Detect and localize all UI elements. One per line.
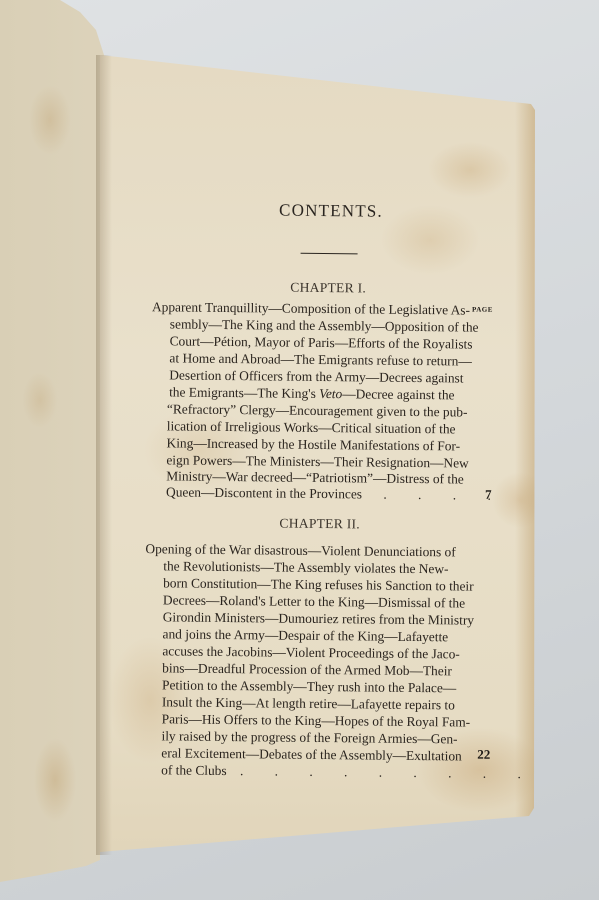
chapter-1-line: Desertion of Officers from the Army—Decr…: [169, 367, 463, 386]
chapter-1-line: at Home and Abroad—The Emigrants refuse …: [169, 350, 471, 369]
chapter-2-line: the Revolutionists—The Assembly violates…: [163, 558, 448, 577]
chapter-1-line: Queen—Discontent in the Provinces . . . …: [166, 484, 505, 504]
chapter-2-line: Insult the King—At length retire—Lafayet…: [162, 694, 455, 713]
chapter-2-line: Opening of the War disastrous—Violent De…: [145, 541, 455, 560]
line-text: the Emigrants—The King's: [169, 384, 316, 401]
contents-text-block: CONTENTS. CHAPTER I. PAGE Apparent Tranq…: [0, 0, 599, 900]
chapter-2-page-number: 22: [477, 747, 490, 763]
line-text: —Decree against the: [342, 386, 454, 402]
chapter-2-line: accuses the Jacobins—Violent Proceedings…: [162, 643, 460, 662]
chapter-2-line: Girondin Ministers—Dumouriez retires fro…: [163, 609, 474, 628]
dot-leader: . . . . . . . . .: [240, 763, 535, 781]
line-text: Queen—Discontent in the Provinces: [166, 484, 362, 501]
chapter-1-line: lication of Irreligious Works—Critical s…: [167, 418, 456, 437]
chapter-1-line: “Refractory” Clergy—Encouragement given …: [167, 401, 468, 420]
chapter-2-line: Petition to the Assembly—They rush into …: [162, 677, 456, 696]
chapter-1-page-number: 7: [485, 487, 492, 503]
chapter-2-line: ily raised by the progress of the Foreig…: [161, 728, 457, 747]
chapter-2-line: Decrees—Roland's Letter to the King—Dism…: [163, 592, 465, 611]
chapter-2-line: of the Clubs . . . . . . . . .: [161, 762, 535, 782]
chapter-2-line: bins—Dreadful Procession of the Armed Mo…: [162, 660, 452, 679]
chapter-1-line: the Emigrants—The King's Veto—Decree aga…: [169, 384, 455, 403]
chapter-1-line: sembly—The King and the Assembly—Opposit…: [170, 316, 479, 335]
chapter-2-heading: CHAPTER II.: [240, 515, 400, 533]
page-column-label: PAGE: [472, 306, 493, 314]
italic-word: Veto: [319, 386, 342, 401]
chapter-2-line: Paris—His Offers to the King—Hopes of th…: [162, 711, 471, 730]
title-rule: [301, 253, 358, 255]
chapter-1-line: Apparent Tranquillity—Composition of the…: [152, 299, 470, 318]
chapter-1-heading: CHAPTER I.: [248, 279, 408, 297]
chapter-2-line: and joins the Army—Despair of the King—L…: [163, 626, 449, 645]
line-text: of the Clubs: [161, 762, 227, 778]
chapter-1-line: King—Increased by the Hostile Manifestat…: [167, 435, 461, 454]
chapter-2-line: born Constitution—The King refuses his S…: [163, 575, 474, 594]
chapter-1-line: Court—Pétion, Mayor of Paris—Efforts of …: [170, 333, 473, 352]
chapter-2-line: eral Excitement—Debates of the Assembly—…: [161, 745, 462, 764]
page-title: CONTENTS.: [271, 200, 391, 221]
